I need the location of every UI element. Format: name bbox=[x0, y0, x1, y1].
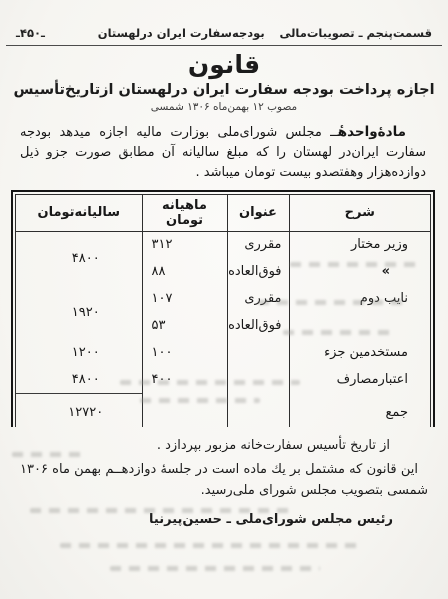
cell-title: مقرری bbox=[227, 231, 289, 258]
cell-monthly bbox=[142, 393, 227, 427]
bleed-through-text bbox=[110, 566, 320, 571]
page-header: قسمت‌پنجم ـ تصویبات‌مالی بودجه‌سفارت ایر… bbox=[0, 0, 448, 40]
budget-table: شرح عنوان ماهیانه تومان سالیانه‌تومان وز… bbox=[16, 195, 430, 427]
header-subject-label: بودجه‌سفارت ایران درلهستان bbox=[98, 26, 265, 40]
approval-date-line: مصوب ۱۲ بهمن‌ماه ۱۳۰۶ شمسی bbox=[0, 101, 448, 113]
page-number: ـ۴۵۰ـ bbox=[16, 26, 45, 40]
cell-monthly: ۱۰۷ bbox=[142, 285, 227, 312]
cell-total-annual: ۱۲۷۲۰ bbox=[16, 393, 142, 427]
cell-monthly: ۵۳ bbox=[142, 312, 227, 339]
cell-title bbox=[227, 339, 289, 366]
cell-desc-ditto: » bbox=[289, 258, 430, 285]
cell-annual: ۱۲۰۰ bbox=[16, 339, 142, 366]
cell-monthly: ۳۱۲ bbox=[142, 231, 227, 258]
payment-continuation-line: از تاریخ تأسیس سفارت‌خانه مزبور بپردازد … bbox=[20, 438, 390, 453]
col-header-desc: شرح bbox=[289, 195, 430, 231]
cell-title bbox=[227, 366, 289, 393]
law-title: قانون bbox=[0, 50, 448, 79]
signature-line: رئیس مجلس شورای‌ملی ـ حسین‌پیرنیا bbox=[20, 512, 393, 527]
cell-title bbox=[227, 393, 289, 427]
cell-annual-merged: ۱۹۲۰ bbox=[16, 285, 142, 339]
table-total-row: جمع ۱۲۷۲۰ bbox=[16, 393, 430, 427]
law-subtitle: اجازه پرداخت بودجه سفارت ایران درلهستان … bbox=[0, 82, 448, 98]
cell-total-label: جمع bbox=[289, 393, 430, 427]
budget-table-header: شرح عنوان ماهیانه تومان سالیانه‌تومان bbox=[16, 195, 430, 231]
document-page: قسمت‌پنجم ـ تصویبات‌مالی بودجه‌سفارت ایر… bbox=[0, 0, 448, 599]
cell-title: فوق‌العاده bbox=[227, 312, 289, 339]
header-section-label: قسمت‌پنجم ـ تصویبات‌مالی bbox=[279, 26, 432, 40]
col-header-annual: سالیانه‌تومان bbox=[16, 195, 142, 231]
table-row: وزیر مختار مقرری ۳۱۲ ۴۸۰۰ bbox=[16, 231, 430, 258]
cell-monthly: ۴۰۰ bbox=[142, 366, 227, 393]
ratification-paragraph: این قانون که مشتمل بر یك ماده است در جلس… bbox=[20, 459, 428, 501]
cell-title: مقرری bbox=[227, 285, 289, 312]
cell-desc: مستخدمین جزء bbox=[289, 339, 430, 366]
cell-desc: نایب دوم bbox=[289, 285, 430, 312]
cell-annual-merged: ۴۸۰۰ bbox=[16, 231, 142, 285]
table-row: اعتبارمصارف ۴۰۰ ۴۸۰۰ bbox=[16, 366, 430, 393]
cell-desc: اعتبارمصارف bbox=[289, 366, 430, 393]
col-header-monthly: ماهیانه تومان bbox=[142, 195, 227, 231]
cell-monthly: ۱۰۰ bbox=[142, 339, 227, 366]
table-row: مستخدمین جزء ۱۰۰ ۱۲۰۰ bbox=[16, 339, 430, 366]
article-paragraph: مادهٔ‌واحدهٔــ مجلس شورای‌ملی بوزارت مال… bbox=[20, 122, 426, 183]
article-label: مادهٔ‌واحدهٔ bbox=[338, 124, 406, 140]
budget-table-frame: شرح عنوان ماهیانه تومان سالیانه‌تومان وز… bbox=[11, 190, 435, 427]
col-header-title: عنوان bbox=[227, 195, 289, 231]
budget-table-inner-border: شرح عنوان ماهیانه تومان سالیانه‌تومان وز… bbox=[15, 194, 431, 427]
cell-annual: ۴۸۰۰ bbox=[16, 366, 142, 393]
header-rule bbox=[6, 45, 442, 46]
header-row: شرح عنوان ماهیانه تومان سالیانه‌تومان bbox=[16, 195, 430, 231]
cell-desc bbox=[289, 312, 430, 339]
cell-monthly: ۸۸ bbox=[142, 258, 227, 285]
table-row: نایب دوم مقرری ۱۰۷ ۱۹۲۰ bbox=[16, 285, 430, 312]
cell-desc: وزیر مختار bbox=[289, 231, 430, 258]
cell-title: فوق‌العاده bbox=[227, 258, 289, 285]
bleed-through-text bbox=[60, 543, 360, 548]
